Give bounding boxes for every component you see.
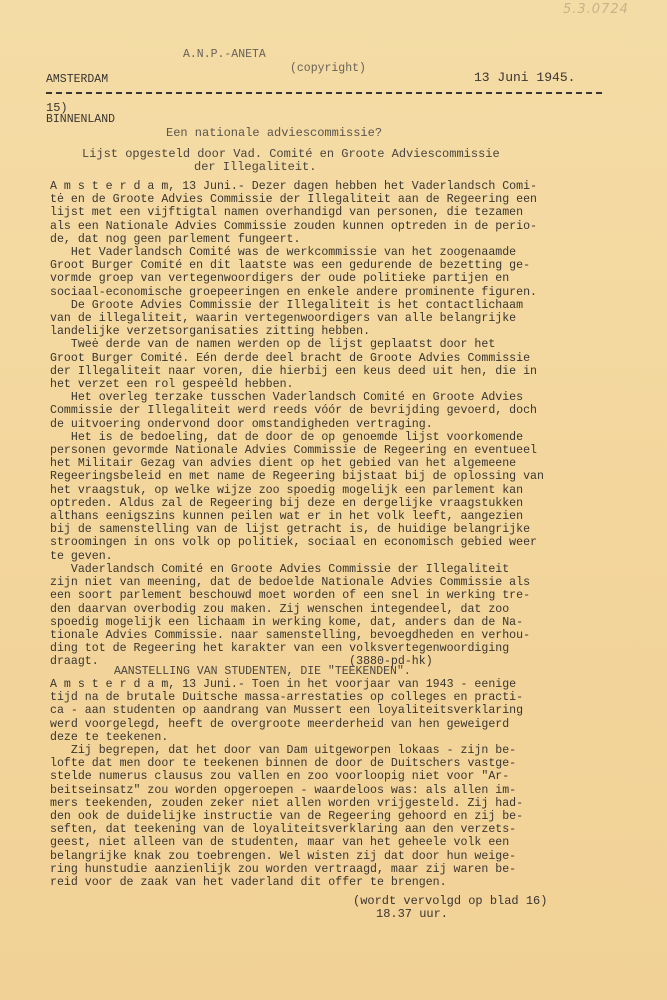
article-1-body: A m s t e r d a m, 13 Juni.- Dezer dagen… — [50, 180, 610, 669]
continuation-note: (wordt vervolgd op blad 16) — [353, 894, 547, 908]
subheadline-line-2: der Illegaliteit. — [194, 160, 316, 174]
timestamp: 18.37 uur. — [376, 907, 448, 921]
article-2-heading: AANSTELLING VAN STUDENTEN, DIE "TEEKENDE… — [114, 665, 411, 678]
subheadline-line-1: Lijst opgesteld door Vad. Comité en Groo… — [82, 147, 500, 161]
dashed-divider — [46, 92, 602, 94]
copyright-note: (copyright) — [290, 62, 366, 75]
dateline-date: 13 Juni 1945. — [474, 70, 575, 85]
section-label: BINNENLAND — [46, 113, 115, 126]
article-2-body: A m s t e r d a m, 13 Juni.- Toen in het… — [50, 678, 610, 889]
agency-name: A.N.P.-ANETA — [183, 48, 266, 61]
headline: Een nationale adviescommissie? — [166, 126, 382, 140]
dateline-city: AMSTERDAM — [46, 73, 108, 86]
archive-mark: 5.3.0724 — [563, 2, 629, 17]
